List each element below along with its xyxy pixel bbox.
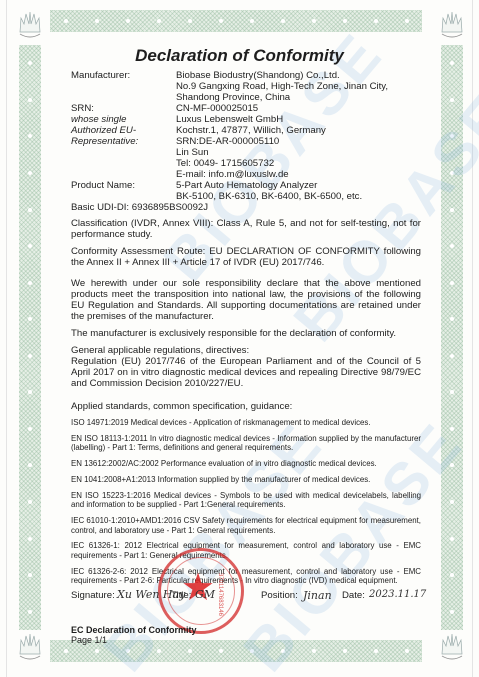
standard-item: IEC 61326-2-6: 2012 Electrical equipment…	[71, 567, 421, 586]
srn-label: SRN:	[71, 103, 176, 114]
border-top	[50, 10, 422, 32]
regulations-text: Regulation (EU) 2017/746 of the European…	[71, 356, 421, 389]
standard-item: IEC 61010-1:2010+AMD1:2016 CSV Safety re…	[71, 516, 421, 535]
footer-title: EC Declaration of Conformity	[71, 625, 197, 635]
rep-address: Kochstr.1, 47877, Willich, Germany	[176, 125, 388, 136]
standards-heading: Applied standards, common specification,…	[71, 401, 421, 412]
udi-row: Basic UDI-DI: 6936895BS0092J	[71, 202, 388, 213]
header-info: Manufacturer: Biobase Biodustry(Shandong…	[71, 70, 388, 213]
srn-value: CN-MF-000025015	[176, 103, 388, 114]
manufacturer-name: Biobase Biodustry(Shandong) Co.,Ltd.	[176, 70, 388, 81]
classification-text: Classification (IVDR, Annex VIII): Class…	[71, 218, 421, 240]
regulations-heading: General applicable regulations, directiv…	[71, 345, 421, 356]
srn-row: SRN: CN-MF-000025015	[71, 103, 388, 114]
declaration-body: Classification (IVDR, Annex VIII): Class…	[71, 218, 421, 592]
standard-item: ISO 14971:2019 Medical devices - Applica…	[71, 418, 421, 428]
date-value: 2023.11.17	[369, 589, 426, 600]
document-title: Declaration of Conformity	[0, 46, 479, 66]
standard-item: EN ISO 15223-1:2016 Medical devices - Sy…	[71, 491, 421, 510]
route-text: Conformity Assessment Route: EU DECLARAT…	[71, 246, 421, 268]
signature-label: Signature:	[71, 590, 115, 601]
product-row: Product Name: 5-Part Auto Hematology Ana…	[71, 180, 388, 202]
product-name: 5-Part Auto Hematology Analyzer	[176, 180, 388, 191]
rep-email: E-mail: info.m@luxuslw.de	[176, 169, 388, 180]
standard-item: EN 13612:2002/AC:2002 Performance evalua…	[71, 459, 421, 469]
authorized-rep-label: Representative:	[71, 136, 176, 147]
rep-phone: Tel: 0049- 1715605732	[176, 158, 388, 169]
udi-value: 6936895BS0092J	[132, 202, 208, 213]
standard-item: EN ISO 18113-1:2011 In vitro diagnostic …	[71, 434, 421, 453]
position-value: Jinan	[303, 589, 332, 602]
corner-crown-icon	[17, 632, 43, 662]
manufacturer-address: No.9 Gangxing Road, High-Tech Zone, Jina…	[176, 81, 388, 92]
authorized-rep-label: Authorized EU-	[71, 125, 176, 136]
udi-label: Basic UDI-DI:	[71, 202, 129, 213]
authorized-rep-row: whose single Authorized EU- Representati…	[71, 114, 388, 180]
standards-list: ISO 14971:2019 Medical devices - Applica…	[71, 418, 421, 586]
manufacturer-label: Manufacturer:	[71, 70, 176, 103]
border-left	[19, 45, 41, 630]
declaration-text: We herewith under our sole responsibilit…	[71, 278, 421, 322]
position-label: Position:	[261, 590, 298, 601]
stamp-number: 3701147683146	[217, 573, 223, 616]
page-edge-left	[6, 0, 7, 677]
standard-item: IEC 61326-1: 2012 Electrical equipment f…	[71, 541, 421, 560]
date-label: Date:	[342, 590, 365, 601]
rep-contact-name: Lin Sun	[176, 147, 388, 158]
manufacturer-row: Manufacturer: Biobase Biodustry(Shandong…	[71, 70, 388, 103]
corner-crown-icon	[439, 10, 465, 40]
product-label: Product Name:	[71, 180, 176, 202]
responsibility-text: The manufacturer is exclusively responsi…	[71, 328, 421, 339]
certificate-page: BIOBASE BIOBASE BIOBASE BIOBASE Declarat…	[0, 0, 479, 677]
manufacturer-address: Shandong Province, China	[176, 92, 388, 103]
rep-company: Luxus Lebenswelt GmbH	[176, 114, 388, 125]
standard-item: EN 1041:2008+A1:2013 Information supplie…	[71, 475, 421, 485]
footer: EC Declaration of Conformity Page 1/1	[71, 625, 197, 645]
page-number: Page 1/1	[71, 635, 197, 645]
title-value: GM	[195, 588, 215, 601]
corner-crown-icon	[17, 10, 43, 40]
corner-crown-icon	[439, 632, 465, 662]
rep-srn: SRN:DE-AR-000005110	[176, 136, 388, 147]
title-label: Title:	[171, 590, 191, 601]
product-models: BK-5100, BK-6310, BK-6400, BK-6500, etc.	[176, 191, 388, 202]
authorized-rep-label: whose single	[71, 114, 176, 125]
